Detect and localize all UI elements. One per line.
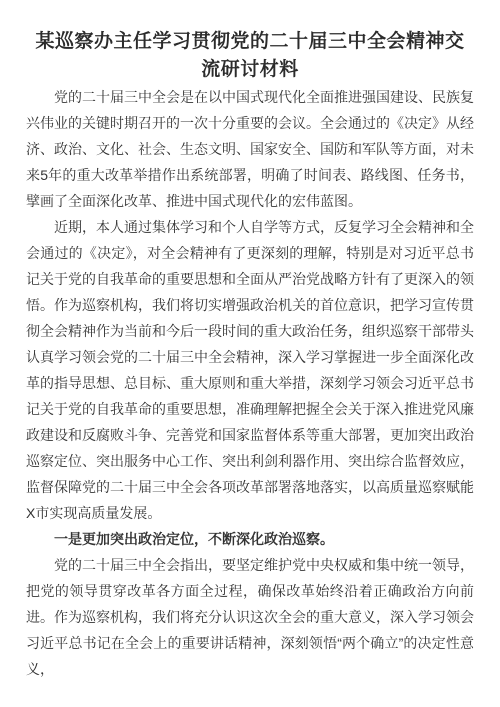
paragraph: 党的二十届三中全会指出，要坚定维护党中央权威和集中统一领导，把党的领导贯穿改革各… bbox=[26, 552, 474, 682]
section-heading: 一是更加突出政治定位，不断深化政治巡察。 bbox=[26, 526, 474, 552]
document-body: 党的二十届三中全会是在以中国式现代化全面推进强国建设、民族复兴伟业的关键时期召开… bbox=[26, 84, 474, 682]
document-title: 某巡察办主任学习贯彻党的二十届三中全会精神交流研讨材料 bbox=[26, 28, 474, 84]
paragraph: 党的二十届三中全会是在以中国式现代化全面推进强国建设、民族复兴伟业的关键时期召开… bbox=[26, 84, 474, 214]
document-page: 某巡察办主任学习贯彻党的二十届三中全会精神交流研讨材料 党的二十届三中全会是在以… bbox=[0, 0, 500, 707]
paragraph: 近期，本人通过集体学习和个人自学等方式，反复学习全会精神和全会通过的《决定》，对… bbox=[26, 214, 474, 526]
